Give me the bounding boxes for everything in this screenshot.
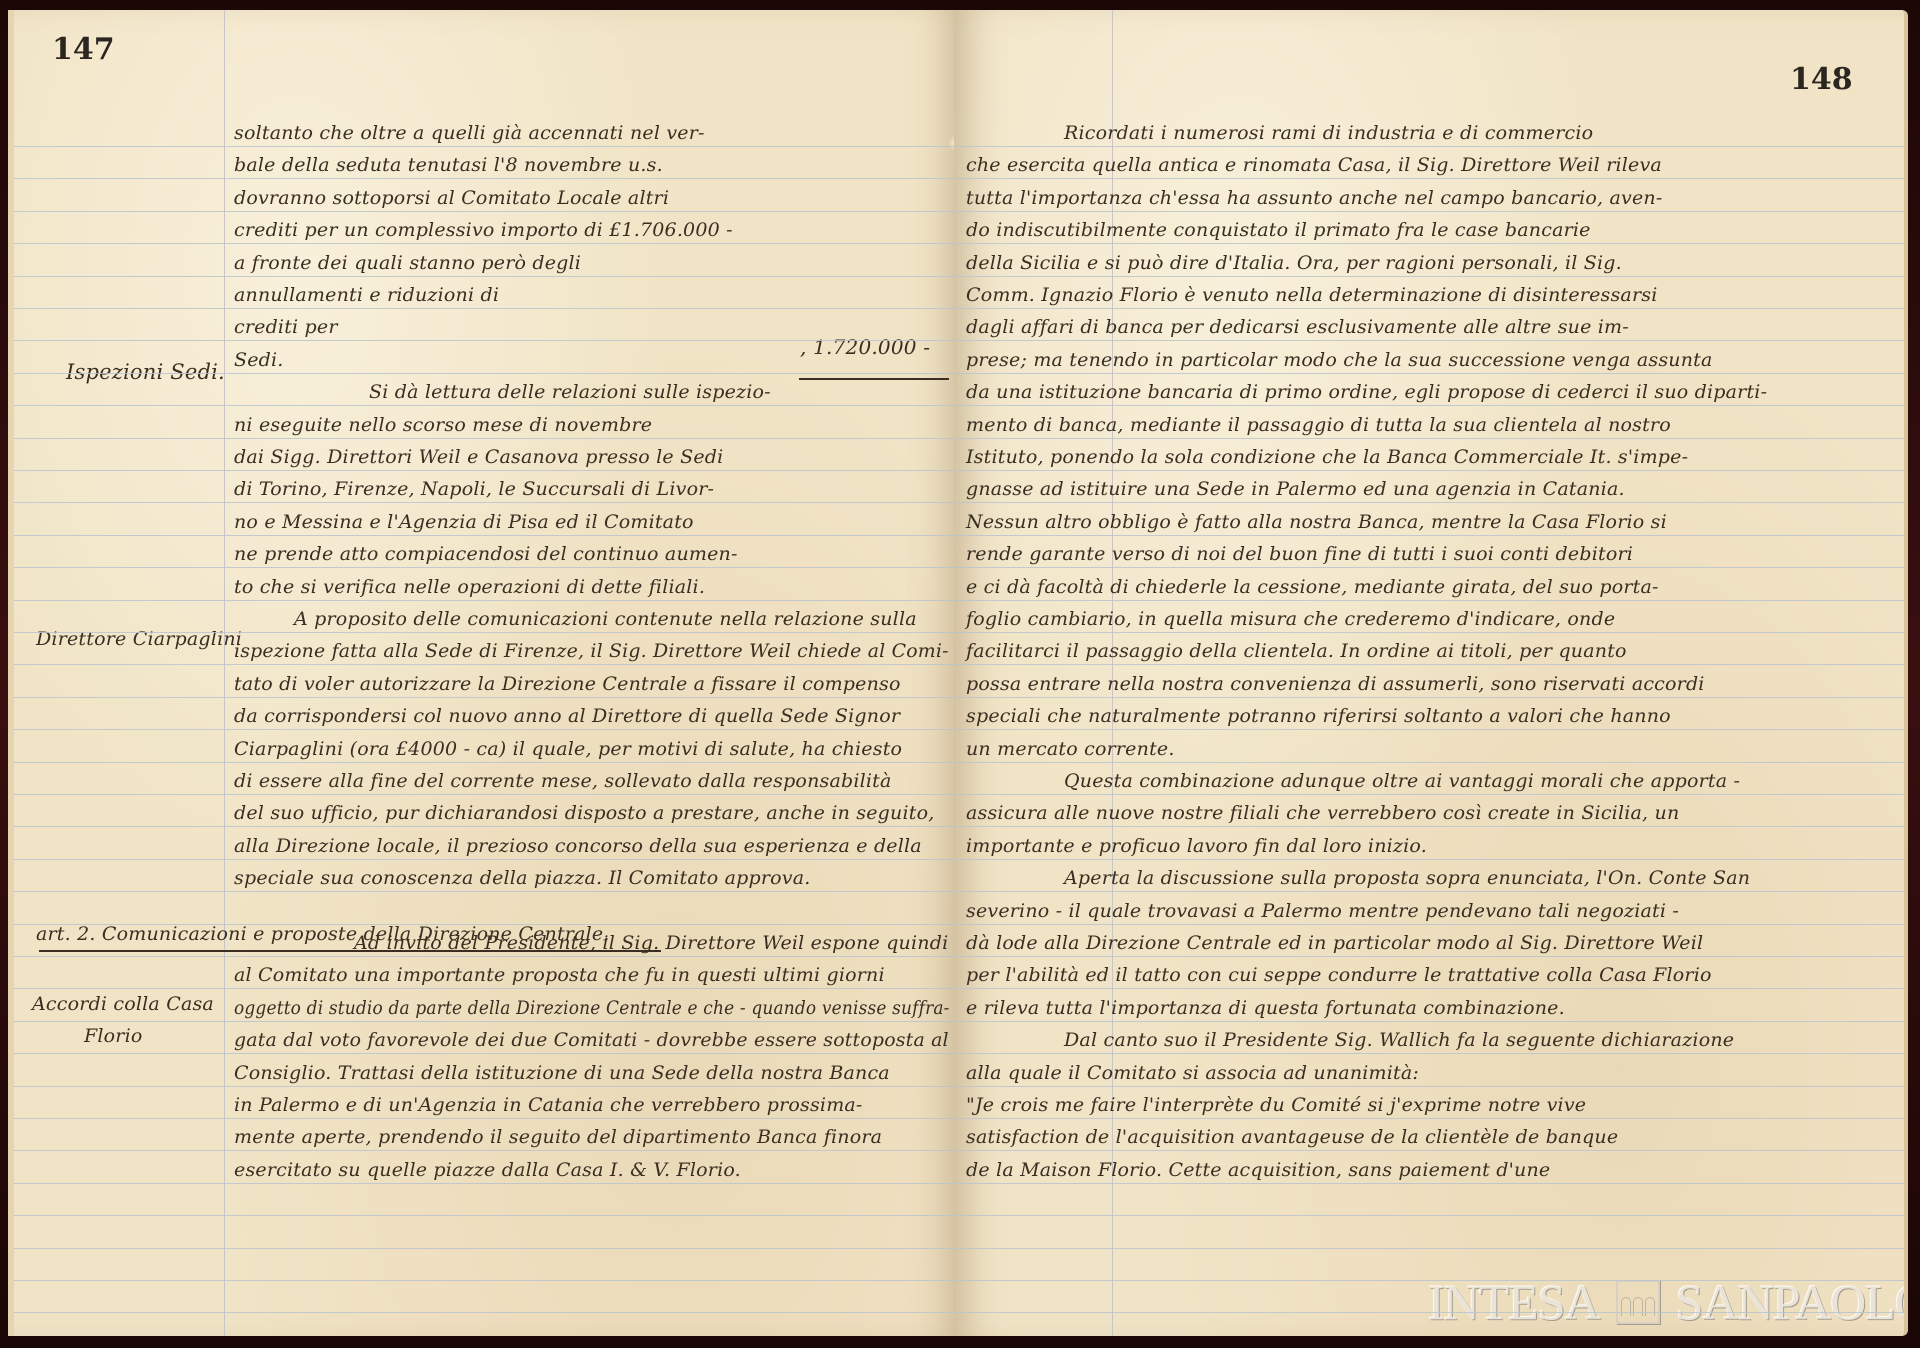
ruled-line bbox=[14, 1118, 960, 1119]
ruled-line bbox=[954, 1248, 1904, 1249]
ruled-line bbox=[14, 794, 960, 795]
ruled-line bbox=[954, 697, 1904, 698]
ruled-line bbox=[14, 535, 960, 536]
text-line: speciale sua conoscenza della piazza. Il… bbox=[234, 869, 811, 888]
ruled-line bbox=[954, 988, 1904, 989]
ruled-line bbox=[954, 178, 1904, 179]
text-line: ni eseguite nello scorso mese di novembr… bbox=[234, 416, 652, 435]
text-line: Si dà lettura delle relazioni sulle ispe… bbox=[369, 383, 771, 402]
left-page: 147 Ispezioni Sedi. Direttore Ciarpaglin… bbox=[8, 10, 960, 1336]
ruled-line bbox=[14, 891, 960, 892]
margin-note-accordi: Accordi colla Casa bbox=[32, 995, 214, 1014]
text-line: do indiscutibilmente conquistato il prim… bbox=[966, 221, 1591, 240]
ruled-line bbox=[14, 956, 960, 957]
page-number: 148 bbox=[1790, 62, 1853, 97]
ruled-line bbox=[14, 502, 960, 503]
watermark-intesa: INTESA bbox=[1428, 1273, 1600, 1331]
ruled-line bbox=[14, 211, 960, 212]
text-line: che esercita quella antica e rinomata Ca… bbox=[966, 156, 1662, 175]
ruled-line bbox=[14, 1086, 960, 1087]
ruled-line bbox=[954, 600, 1904, 601]
text-line: a fronte dei quali stanno però degli bbox=[234, 254, 581, 273]
text-line: assicura alle nuove nostre filiali che v… bbox=[966, 804, 1679, 823]
text-line: e ci dà facoltà di chiederle la cessione… bbox=[966, 578, 1659, 597]
ruled-line bbox=[14, 924, 960, 925]
text-line: Comm. Ignazio Florio è venuto nella dete… bbox=[966, 286, 1657, 305]
text-line: da corrispondersi col nuovo anno al Dire… bbox=[234, 707, 900, 726]
ruled-line bbox=[14, 1280, 960, 1281]
text-line: tato di voler autorizzare la Direzione C… bbox=[234, 675, 901, 694]
ruled-line bbox=[954, 762, 1904, 763]
text-line: no e Messina e l'Agenzia di Pisa ed il C… bbox=[234, 513, 694, 532]
text-line: del suo ufficio, pur dichiarandosi dispo… bbox=[234, 804, 934, 823]
text-line: possa entrare nella nostra convenienza d… bbox=[966, 675, 1705, 694]
text-line: da una istituzione bancaria di primo ord… bbox=[966, 383, 1767, 402]
text-line: Dal canto suo il Presidente Sig. Wallich… bbox=[1064, 1031, 1734, 1050]
text-line: dà lode alla Direzione Centrale ed in pa… bbox=[966, 934, 1703, 953]
ruled-line bbox=[14, 988, 960, 989]
ruled-line bbox=[14, 859, 960, 860]
ruled-line bbox=[954, 794, 1904, 795]
text-line: "Je crois me faire l'interprète du Comit… bbox=[966, 1096, 1586, 1115]
text-line: di Torino, Firenze, Napoli, le Succursal… bbox=[234, 480, 714, 499]
text-line: per l'abilità ed il tatto con cui seppe … bbox=[966, 966, 1712, 985]
ruled-line bbox=[14, 697, 960, 698]
text-line: foglio cambiario, in quella misura che c… bbox=[966, 610, 1615, 629]
ruled-line bbox=[14, 1248, 960, 1249]
ruled-line bbox=[954, 1118, 1904, 1119]
text-line: Ricordati i numerosi rami di industria e… bbox=[1064, 124, 1593, 143]
ruled-line bbox=[14, 146, 960, 147]
ruled-line bbox=[14, 405, 960, 406]
ruled-line bbox=[954, 535, 1904, 536]
text-line: A proposito delle comunicazioni contenut… bbox=[294, 610, 917, 629]
ruled-line bbox=[954, 729, 1904, 730]
ruled-line bbox=[14, 600, 960, 601]
text-line: al Comitato una importante proposta che … bbox=[234, 966, 885, 985]
ruled-line bbox=[954, 308, 1904, 309]
text-line: facilitarci il passaggio della clientela… bbox=[966, 642, 1627, 661]
ruled-line bbox=[954, 632, 1904, 633]
ruled-line bbox=[14, 1053, 960, 1054]
ruled-line bbox=[14, 1150, 960, 1151]
text-line: rende garante verso di noi del buon fine… bbox=[966, 545, 1633, 564]
margin-note-florio: Florio bbox=[84, 1027, 143, 1046]
text-line: speciali che naturalmente potranno rifer… bbox=[966, 707, 1671, 726]
ruled-line bbox=[14, 1183, 960, 1184]
ruled-line bbox=[14, 308, 960, 309]
ruled-line bbox=[954, 438, 1904, 439]
text-line: Questa combinazione adunque oltre ai van… bbox=[1064, 772, 1740, 791]
text-line: oggetto di studio da parte della Direzio… bbox=[234, 999, 950, 1018]
ruled-line bbox=[954, 243, 1904, 244]
ruled-line bbox=[14, 373, 960, 374]
ruled-line bbox=[954, 1183, 1904, 1184]
text-line: in Palermo e di un'Agenzia in Catania ch… bbox=[234, 1096, 863, 1115]
ruled-line bbox=[954, 1150, 1904, 1151]
text-line: Ciarpaglini (ora £4000 - ca) il quale, p… bbox=[234, 740, 902, 759]
text-line: ne prende atto compiacendosi del continu… bbox=[234, 545, 738, 564]
ruled-line bbox=[14, 826, 960, 827]
ruled-line bbox=[954, 276, 1904, 277]
text-line: bale della seduta tenutasi l'8 novembre … bbox=[234, 156, 663, 175]
ruled-line bbox=[14, 567, 960, 568]
ruled-line bbox=[954, 1053, 1904, 1054]
text-line: un mercato corrente. bbox=[966, 740, 1175, 759]
text-line: Ad invito del Presidente, il Sig. Dirett… bbox=[354, 934, 948, 953]
text-line: severino - il quale trovavasi a Palermo … bbox=[966, 902, 1679, 921]
text-line: soltanto che oltre a quelli già accennat… bbox=[234, 124, 705, 143]
margin-line bbox=[224, 10, 225, 1336]
ruled-line bbox=[954, 664, 1904, 665]
ruled-line bbox=[14, 1215, 960, 1216]
ruled-line bbox=[14, 438, 960, 439]
text-line: de la Maison Florio. Cette acquisition, … bbox=[966, 1161, 1550, 1180]
text-line: alla quale il Comitato si associa ad una… bbox=[966, 1064, 1419, 1083]
text-line: mente aperte, prendendo il seguito del d… bbox=[234, 1128, 882, 1147]
ruled-line bbox=[954, 1280, 1904, 1281]
ruled-line bbox=[954, 567, 1904, 568]
ruled-line bbox=[954, 146, 1904, 147]
ruled-line bbox=[14, 1312, 960, 1313]
text-line: gnasse ad istituire una Sede in Palermo … bbox=[966, 480, 1625, 499]
text-line: Istituto, ponendo la sola condizione che… bbox=[966, 448, 1688, 467]
ruled-line bbox=[14, 340, 960, 341]
text-line: gata dal voto favorevole dei due Comitat… bbox=[234, 1031, 949, 1050]
text-line: Consiglio. Trattasi della istituzione di… bbox=[234, 1064, 890, 1083]
text-line: dovranno sottoporsi al Comitato Locale a… bbox=[234, 189, 669, 208]
text-line: della Sicilia e si può dire d'Italia. Or… bbox=[966, 254, 1622, 273]
text-line: e rileva tutta l'importanza di questa fo… bbox=[966, 999, 1565, 1018]
ruled-line bbox=[954, 1312, 1904, 1313]
ruled-line bbox=[954, 891, 1904, 892]
ruled-line bbox=[14, 729, 960, 730]
ruled-line bbox=[14, 470, 960, 471]
ruled-line bbox=[954, 1086, 1904, 1087]
ruled-line bbox=[954, 1021, 1904, 1022]
text-line: to che si verifica nelle operazioni di d… bbox=[234, 578, 705, 597]
text-line: importante e proficuo lavoro fin dal lor… bbox=[966, 837, 1427, 856]
ruled-line bbox=[14, 664, 960, 665]
ruled-line bbox=[14, 632, 960, 633]
ruled-line bbox=[954, 924, 1904, 925]
ruled-line bbox=[954, 956, 1904, 957]
ruled-line bbox=[954, 502, 1904, 503]
text-line: tutta l'importanza ch'essa ha assunto an… bbox=[966, 189, 1662, 208]
text-line: alla Direzione locale, il prezioso conco… bbox=[234, 837, 922, 856]
ruled-line bbox=[954, 1215, 1904, 1216]
watermark-sanpaolo: SANPAOLO bbox=[1676, 1273, 1908, 1331]
text-line: mento di banca, mediante il passaggio di… bbox=[966, 416, 1671, 435]
text-line: crediti per un complessivo importo di £1… bbox=[234, 221, 733, 240]
text-line: prese; ma tenendo in particolar modo che… bbox=[966, 351, 1713, 370]
text-line: annullamenti e riduzioni di bbox=[234, 286, 499, 305]
ruled-line bbox=[954, 859, 1904, 860]
ruled-line bbox=[954, 211, 1904, 212]
arches-logo-icon bbox=[1616, 1280, 1660, 1324]
text-line: di essere alla fine del corrente mese, s… bbox=[234, 772, 892, 791]
ruled-line bbox=[14, 178, 960, 179]
ruled-line bbox=[954, 826, 1904, 827]
ruled-line bbox=[954, 405, 1904, 406]
ruled-line bbox=[14, 276, 960, 277]
ruled-line bbox=[954, 470, 1904, 471]
ruled-line bbox=[14, 762, 960, 763]
text-line: esercitato su quelle piazze dalla Casa I… bbox=[234, 1161, 741, 1180]
text-line: dagli affari di banca per dedicarsi escl… bbox=[966, 318, 1629, 337]
amount-underline bbox=[799, 378, 949, 380]
text-line: Sedi. bbox=[234, 351, 284, 370]
text-line: crediti per bbox=[234, 318, 338, 337]
page-number: 147 bbox=[52, 32, 115, 67]
watermark: INTESA SANPAOLO bbox=[1428, 1272, 1908, 1332]
text-line: Nessun altro obbligo è fatto alla nostra… bbox=[966, 513, 1667, 532]
ruled-line bbox=[14, 1021, 960, 1022]
text-line: Aperta la discussione sulla proposta sop… bbox=[1064, 869, 1750, 888]
text-line: dai Sigg. Direttori Weil e Casanova pres… bbox=[234, 448, 723, 467]
ruled-line bbox=[954, 340, 1904, 341]
ruled-line bbox=[14, 243, 960, 244]
text-line: satisfaction de l'acquisition avantageus… bbox=[966, 1128, 1618, 1147]
ruled-line bbox=[954, 373, 1904, 374]
right-page: 148 INTESA SANPAOLO Ricordati i numerosi… bbox=[954, 10, 1908, 1336]
text-line: ispezione fatta alla Sede di Firenze, il… bbox=[234, 642, 949, 661]
